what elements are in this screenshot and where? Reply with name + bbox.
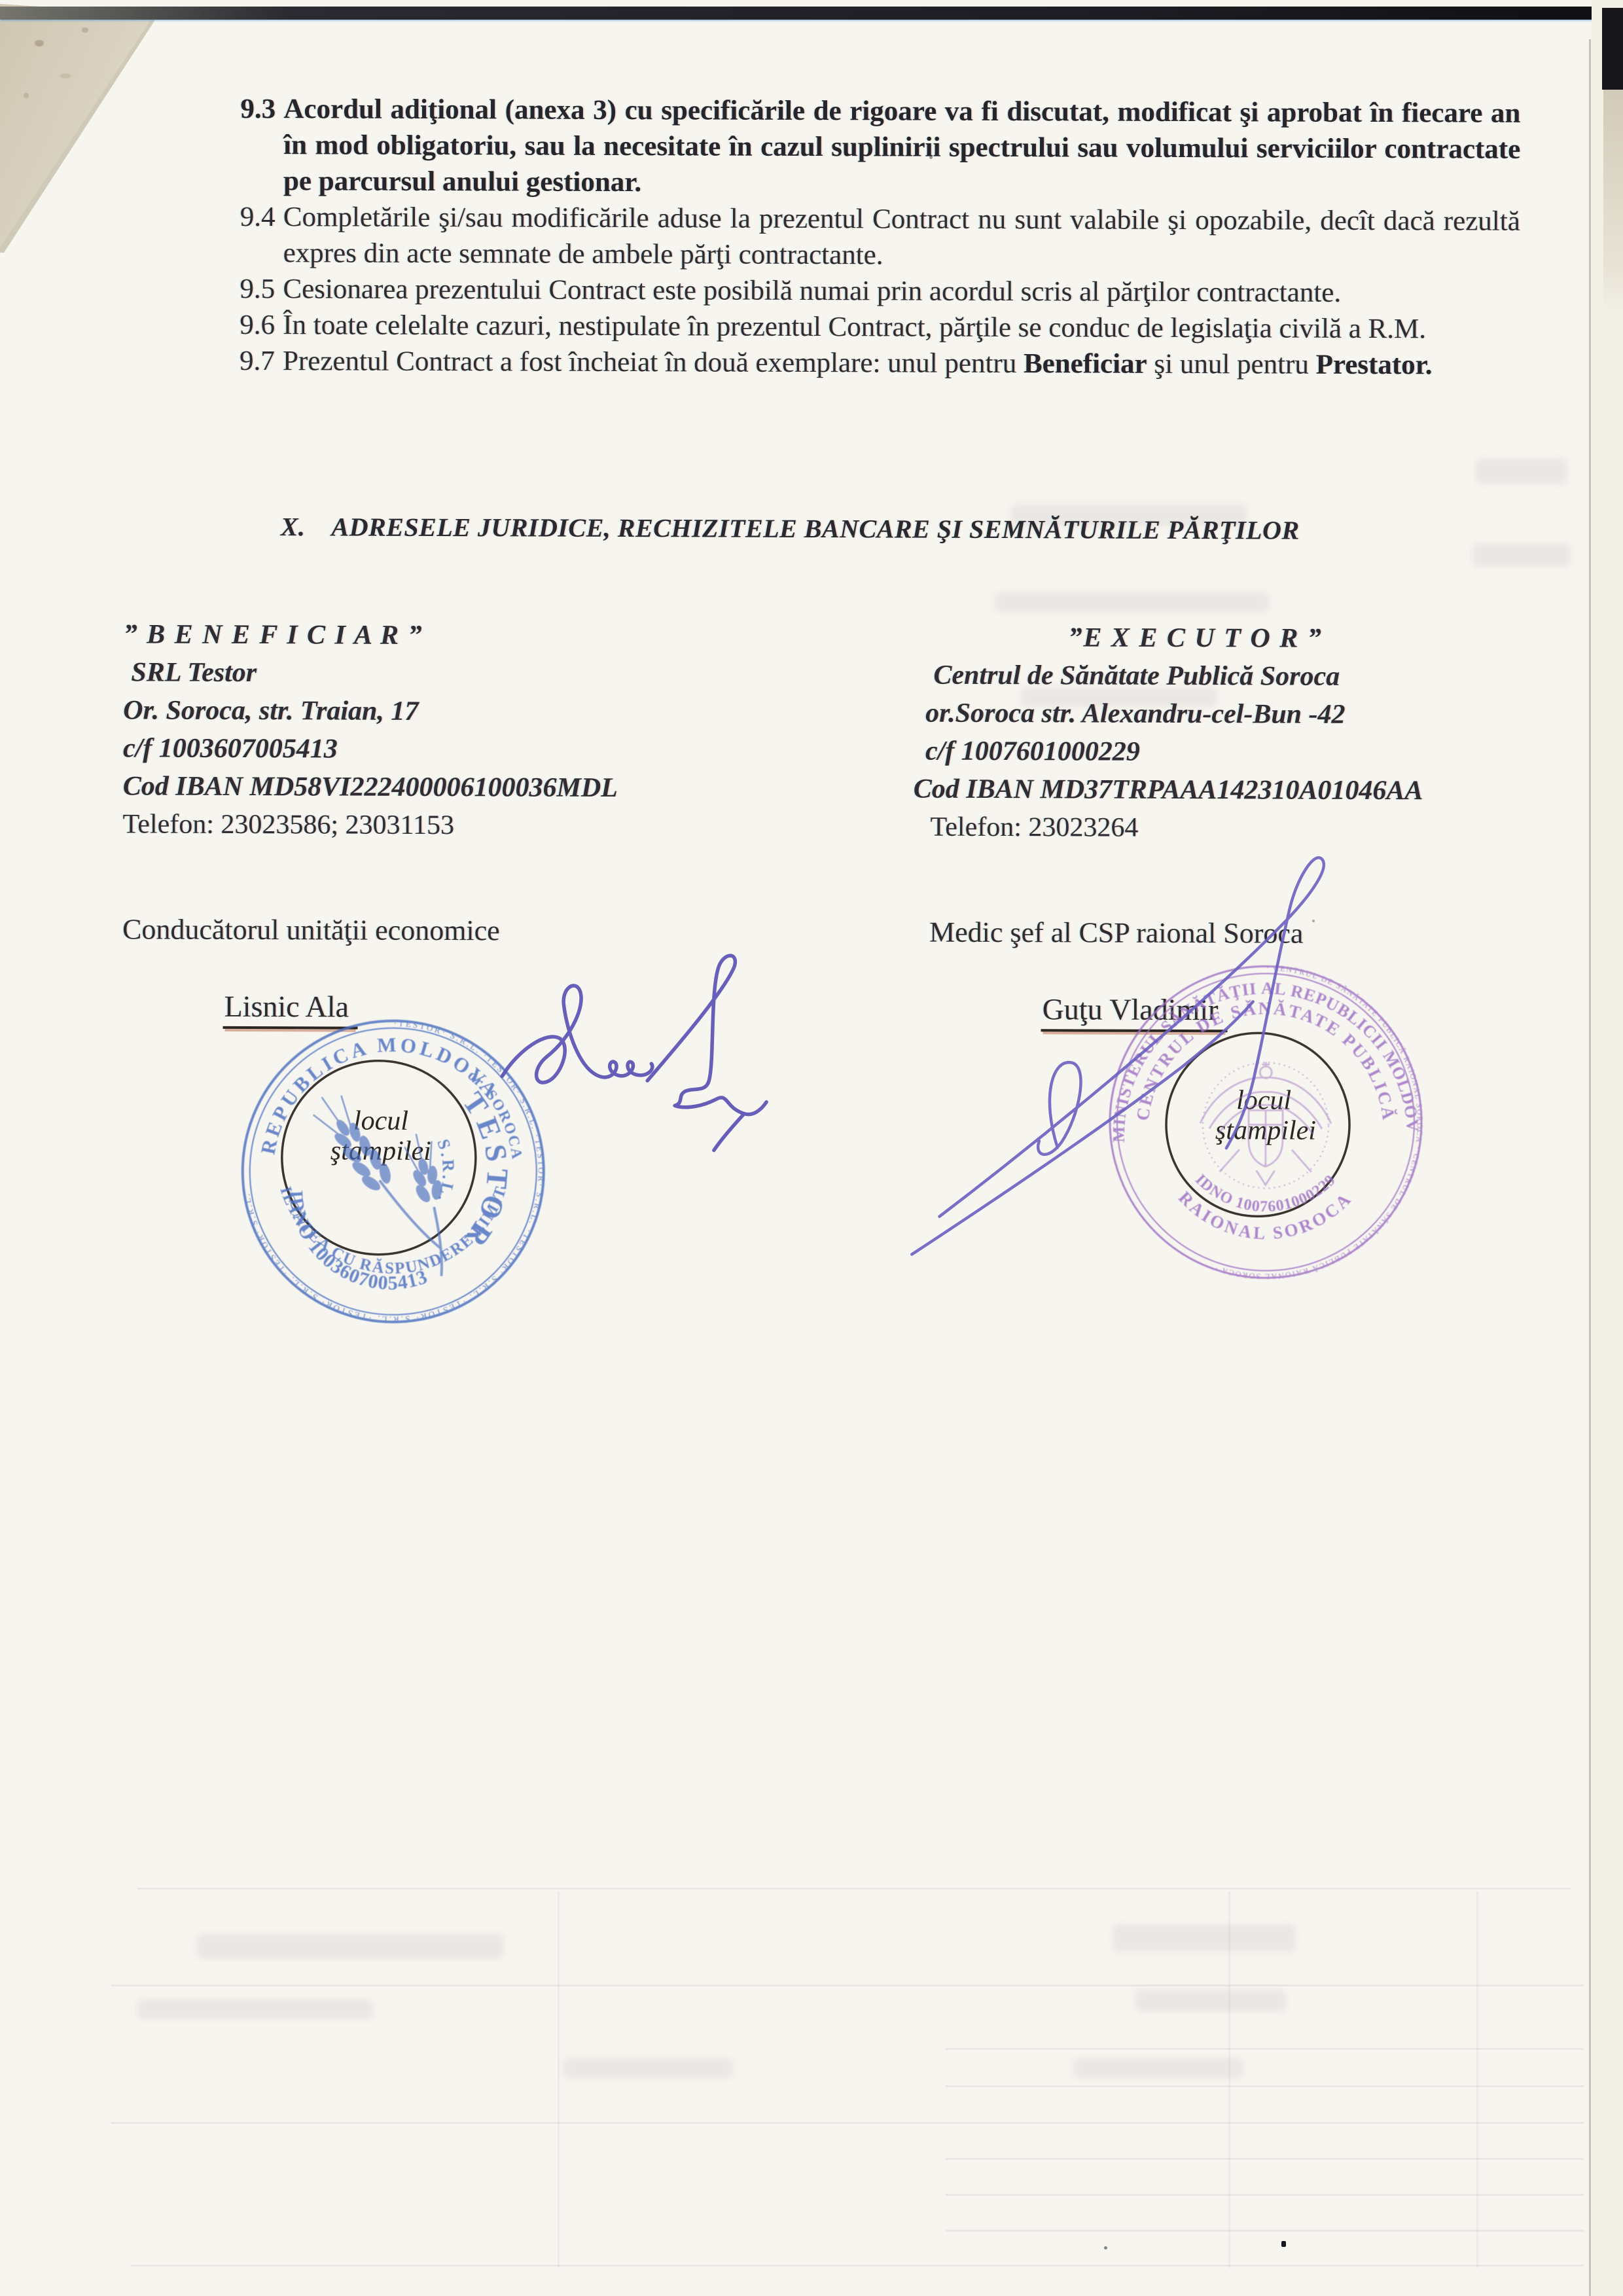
beneficiar-company: SRL Testor (123, 653, 843, 694)
section-heading: X.ADRESELE JURIDICE, RECHIZITELE BANCARE… (0, 511, 1582, 547)
document-content: 9.3 Acordul adiţional (anexa 3) cu speci… (0, 0, 1623, 2296)
executor-header: ”E X E C U T O R ” (914, 619, 1477, 658)
executor-address: or.Soroca str. Alexandru-cel-Bun -42 (914, 694, 1476, 734)
executor-block: ”E X E C U T O R ” Centrul de Sănătate P… (913, 619, 1476, 848)
clause-text-part: Prezentul Contract a fost încheiat în do… (283, 346, 1024, 379)
clause-9-5: 9.5 Cesionarea prezentului Contract este… (240, 271, 1520, 312)
clause-number: 9.6 (240, 307, 283, 343)
beneficiar-iban: Cod IBAN MD58VI222400006100036MDL (123, 767, 843, 808)
beneficiar-address: Or. Soroca, str. Traian, 17 (123, 691, 843, 732)
clause-text: Acordul adiţional (anexa 3) cu specifică… (283, 91, 1521, 204)
stamp-idno-text: IDNO 1003607005413 (285, 1190, 431, 1295)
beneficiar-block: ” B E N E F I C I A R ” SRL Testor Or. S… (122, 615, 843, 846)
clause-text: Cesionarea prezentului Contract este pos… (283, 271, 1520, 312)
clause-text-part: şi unul pentru (1147, 349, 1316, 380)
clause-number: 9.4 (240, 199, 283, 235)
clause-9-3: 9.3 Acordul adiţional (anexa 3) cu speci… (240, 91, 1521, 204)
left-signatory-role: Conducătorul unităţii economice (122, 912, 500, 947)
placeholder-label-line1: locul (353, 1106, 408, 1136)
beneficiar-phone: Telefon: 23023586; 23031153 (122, 805, 842, 846)
clause-9-7: 9.7 Prezentul Contract a fost încheiat î… (240, 343, 1520, 384)
scanned-contract-page: 9.3 Acordul adiţional (anexa 3) cu speci… (0, 0, 1623, 2296)
executor-company: Centrul de Sănătate Publică Soroca (914, 656, 1476, 696)
clause-9-4: 9.4 Completările şi/sau modificările adu… (240, 199, 1520, 276)
signature-lisnic-ala (484, 940, 792, 1164)
clause-9-6: 9.6 În toate celelalte cazuri, nestipula… (240, 307, 1520, 348)
clause-number: 9.5 (240, 271, 283, 307)
section-number: X. (281, 512, 306, 541)
beneficiar-header: ” B E N E F I C I A R ” (124, 615, 844, 656)
clause-text: Prezentul Contract a fost încheiat în do… (283, 343, 1520, 384)
contract-clauses: 9.3 Acordul adiţional (anexa 3) cu speci… (240, 91, 1521, 384)
executor-fiscal-code: c/f 1007601000229 (914, 732, 1476, 772)
clause-number: 9.7 (240, 343, 283, 379)
clause-number: 9.3 (240, 91, 283, 127)
signature-gutu-vladimir (885, 839, 1384, 1273)
section-title: ADRESELE JURIDICE, RECHIZITELE BANCARE Ş… (331, 512, 1299, 545)
beneficiar-emphasis: Beneficiar (1024, 348, 1147, 380)
beneficiar-fiscal-code: c/f 1003607005413 (123, 729, 843, 770)
clause-text: În toate celelalte cazuri, nestipulate î… (283, 307, 1520, 348)
prestator-emphasis: Prestator. (1316, 350, 1433, 381)
clause-text: Completările şi/sau modificările aduse l… (283, 199, 1520, 276)
executor-iban: Cod IBAN MD37TRPAAA142310A01046AA (914, 770, 1476, 810)
